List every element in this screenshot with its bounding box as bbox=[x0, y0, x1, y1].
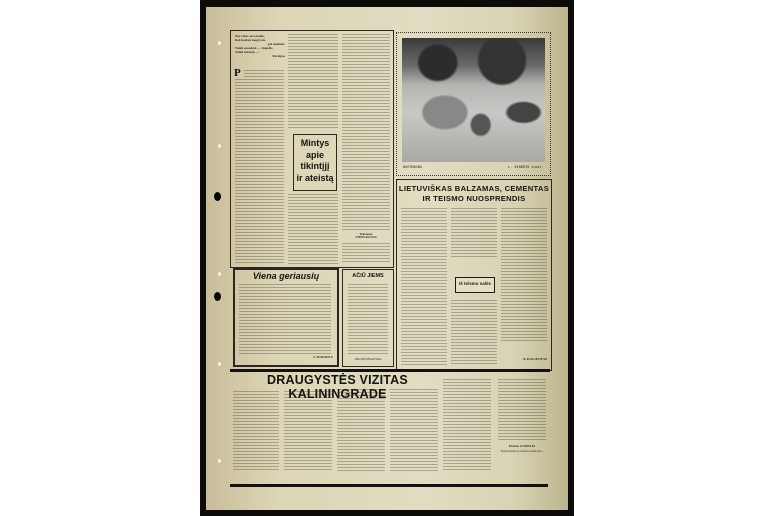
article-viena: Viena geriausių S. POPORTLE bbox=[233, 268, 339, 367]
bottom-rule bbox=[230, 484, 548, 487]
signature: S. POPORTLE bbox=[313, 356, 333, 359]
signature: Tekstatas STEELKOVAS bbox=[342, 233, 390, 239]
article-body bbox=[239, 284, 331, 356]
article-body bbox=[244, 70, 284, 78]
newspaper-page: P Nes visus savo keiks, Kol kariais laog… bbox=[206, 7, 568, 510]
article-body bbox=[390, 389, 438, 471]
article-body bbox=[284, 391, 332, 471]
binding-pin bbox=[218, 362, 221, 366]
headline: Mintys apie tikintįjį ir ateistą bbox=[294, 138, 336, 184]
drop-cap: P bbox=[234, 69, 243, 78]
signature: A. KALNENAS bbox=[501, 358, 547, 361]
article-body bbox=[233, 391, 279, 471]
article-body bbox=[501, 208, 547, 343]
river-ice-photo bbox=[402, 38, 545, 162]
binding-pin bbox=[218, 144, 221, 148]
punch-hole bbox=[214, 292, 221, 301]
mintys-headline-box: Mintys apie tikintįjį ir ateistą bbox=[293, 134, 337, 191]
section-rule bbox=[230, 369, 550, 372]
binding-pin bbox=[218, 272, 221, 276]
article-body bbox=[401, 208, 447, 366]
inset-label: Iš teismo salės bbox=[456, 278, 494, 290]
photo-credit: L. KINKRIS nuotr. bbox=[508, 166, 544, 170]
article-body bbox=[288, 194, 338, 264]
photo-caption-left: NUOTRAUKA bbox=[403, 166, 422, 170]
article-aciu: AČIŪ JIEMS Mūsų PAUDEKAUSKAI bbox=[342, 269, 394, 367]
binding-pin bbox=[218, 41, 221, 45]
signature: Pranas GUDELIS bbox=[498, 445, 546, 448]
article-body bbox=[451, 208, 497, 258]
article-body bbox=[288, 34, 338, 129]
article-body bbox=[498, 379, 546, 441]
photo-frame: NUOTRAUKA L. KINKRIS nuotr. bbox=[396, 32, 551, 176]
signature: Mūsų PAUDEKAUSKAI bbox=[348, 358, 388, 361]
article-mintys: P Nes visus savo keiks, Kol kariais laog… bbox=[230, 30, 394, 268]
article-balzamas: LIETUVIŠKAS BALZAMAS, CEMENTAS IR TEISMO… bbox=[396, 179, 552, 371]
headline: Viena geriausių bbox=[235, 271, 337, 281]
binding-pin bbox=[218, 459, 221, 463]
article-body bbox=[342, 243, 390, 263]
article-body bbox=[443, 379, 491, 471]
signature-role: Tarybų kaladytojų sveikatos sanatorijos.… bbox=[498, 450, 546, 462]
punch-hole bbox=[214, 192, 221, 201]
headline: AČIŪ JIEMS bbox=[343, 273, 393, 279]
article-body bbox=[235, 79, 284, 263]
inset-label-box: Iš teismo salės bbox=[455, 277, 495, 293]
article-body bbox=[451, 300, 497, 366]
poem-signature: Poraigas bbox=[235, 54, 285, 58]
article-body bbox=[348, 284, 388, 356]
poem-epigraph: P Nes visus savo keiks, Kol kariais laog… bbox=[235, 34, 285, 62]
article-body bbox=[342, 34, 390, 230]
headline: LIETUVIŠKAS BALZAMAS, CEMENTAS IR TEISMO… bbox=[397, 184, 551, 204]
article-body bbox=[337, 389, 385, 471]
